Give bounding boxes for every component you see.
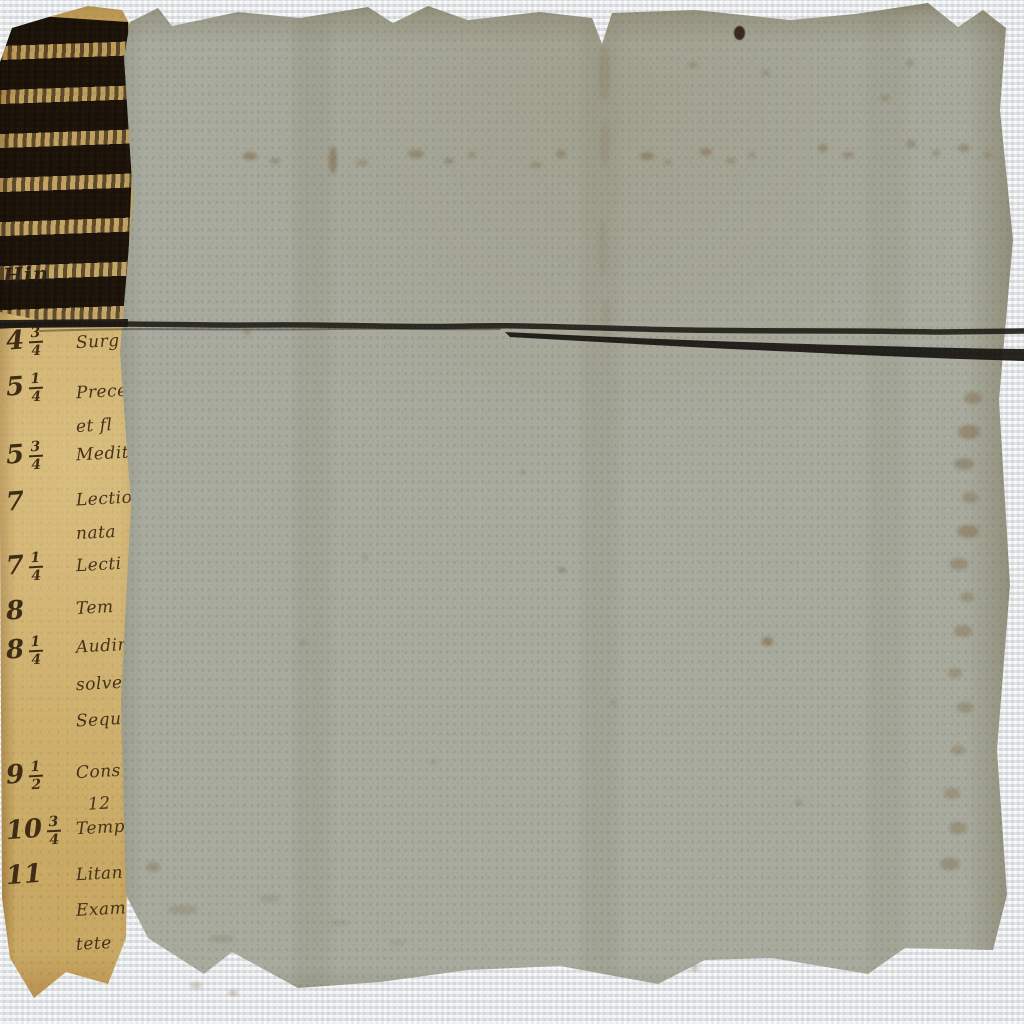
hour: 8 xyxy=(5,636,25,663)
paper-strip: Hin 4 34 5 14 5 34 7 7 14 8 8 14 xyxy=(0,0,140,1024)
time-entry: 10 34 xyxy=(6,817,61,847)
hour: 10 xyxy=(5,816,43,844)
fraction: 14 xyxy=(28,551,43,584)
time-entry: 11 xyxy=(6,862,51,888)
activity-word: Temp xyxy=(76,819,126,839)
fraction: 12 xyxy=(28,760,43,793)
hour: 9 xyxy=(5,761,25,788)
blotted-text-fragment: Hin xyxy=(2,261,49,288)
charcoal-line xyxy=(0,298,1024,378)
activity-word: nata xyxy=(76,524,117,543)
time-entry: 5 34 xyxy=(6,442,43,472)
activity-word: Cons xyxy=(76,763,122,782)
activity-word: Tem xyxy=(76,599,115,618)
fraction: 34 xyxy=(28,440,43,473)
activity-word: Prece xyxy=(76,383,129,403)
time-entry: 7 xyxy=(6,489,33,515)
fraction xyxy=(29,596,33,598)
time-entry: 9 12 xyxy=(6,762,43,792)
time-entry: 8 xyxy=(6,598,33,624)
activity-word: 12 xyxy=(88,795,111,813)
hour: 7 xyxy=(5,552,25,579)
fraction xyxy=(29,487,33,489)
hour: 7 xyxy=(5,488,25,515)
time-entry: 7 14 xyxy=(6,553,43,583)
activity-word: solve xyxy=(76,675,123,694)
activity-word: tete xyxy=(76,935,113,954)
time-entry: 8 14 xyxy=(6,637,43,667)
activity-word: Lecti xyxy=(76,556,122,575)
activity-word: Litan xyxy=(76,865,124,884)
fraction xyxy=(47,860,51,862)
manuscript-photo: Hin 4 34 5 14 5 34 7 7 14 8 8 14 xyxy=(0,0,1024,1024)
hour: 5 xyxy=(5,441,25,468)
fraction: 34 xyxy=(46,815,61,848)
hour: 8 xyxy=(5,597,25,624)
activity-word: et fl xyxy=(76,417,113,436)
activity-word: Lectio xyxy=(76,490,133,510)
time-entry: 5 14 xyxy=(6,374,43,404)
activity-word: Medit xyxy=(76,445,130,465)
hour: 11 xyxy=(5,861,43,889)
paper-sheet xyxy=(108,0,1020,1000)
fraction: 14 xyxy=(28,635,43,668)
